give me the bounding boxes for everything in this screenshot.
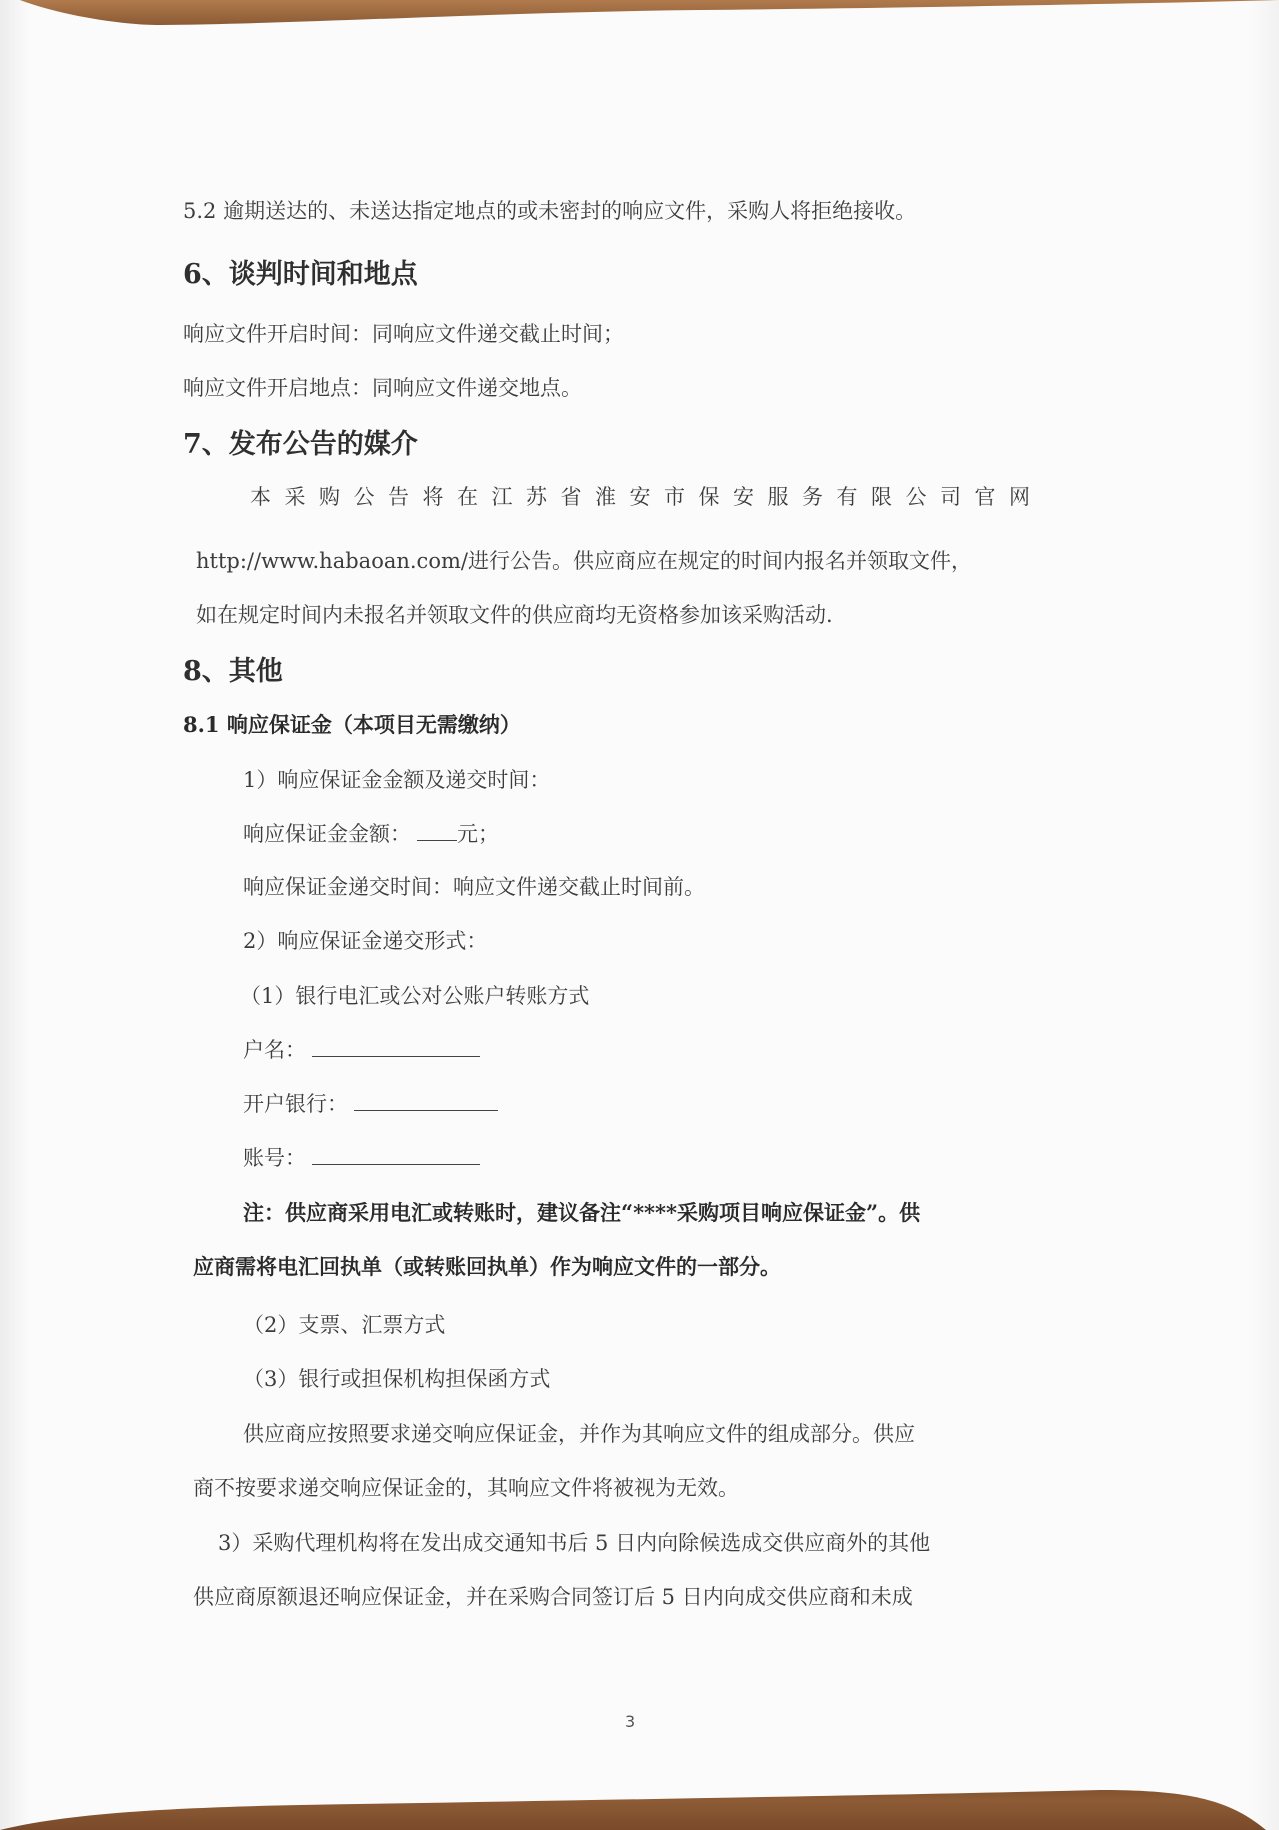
bank-blank (354, 1090, 498, 1111)
clause-8-1-heading: 8.1 响应保证金（本项目无需缴纳） (183, 711, 521, 739)
media-line-3: 如在规定时间内未报名并领取文件的供应商均无资格参加该采购活动. (196, 601, 833, 629)
requirement-line-1: 供应商应按照要求递交响应保证金，并作为其响应文件的组成部分。供应 (243, 1420, 915, 1448)
account-number-label: 账号： (243, 1146, 306, 1170)
document-content: 5.2 逾期送达的、未送达指定地点的或未密封的响应文件，采购人将拒绝接收。 6、… (0, 0, 1279, 1830)
opening-time: 响应文件开启时间：同响应文件递交截止时间； (183, 320, 624, 348)
media-line-2: http://www.habaoan.com/进行公告。供应商应在规定的时间内报… (196, 547, 972, 575)
section-7-heading: 7、发布公告的媒介 (183, 428, 418, 462)
note-line-1: 注：供应商采用电汇或转账时，建议备注“****采购项目响应保证金”。供 (243, 1199, 920, 1227)
section-8-heading: 8、其他 (183, 655, 283, 689)
account-name-row: 户名： (243, 1036, 480, 1064)
deposit-submit-time: 响应保证金递交时间：响应文件递交截止时间前。 (243, 873, 705, 901)
method-2: （2）支票、汇票方式 (243, 1311, 445, 1339)
deposit-amount-unit: 元； (457, 822, 499, 846)
item-1: 1）响应保证金金额及递交时间： (243, 766, 550, 794)
account-number-blank (312, 1144, 480, 1165)
deposit-amount-label: 响应保证金金额： (243, 822, 411, 846)
deposit-amount-blank (417, 820, 457, 841)
method-3: （3）银行或担保机构担保函方式 (243, 1365, 550, 1393)
section-6-heading: 6、谈判时间和地点 (183, 258, 418, 292)
item-3-line-1: 3）采购代理机构将在发出成交通知书后 5 日内向除候选成交供应商外的其他 (218, 1529, 930, 1557)
bank-label: 开户银行： (243, 1092, 348, 1116)
opening-place: 响应文件开启地点：同响应文件递交地点。 (183, 374, 582, 402)
note-line-2: 应商需将电汇回执单（或转账回执单）作为响应文件的一部分。 (193, 1253, 781, 1281)
page-number: 3 (625, 1712, 635, 1731)
media-line-1: 本采购公告将在江苏省淮安市保安服务有限公司官网 (250, 483, 1044, 511)
requirement-line-2: 商不按要求递交响应保证金的，其响应文件将被视为无效。 (193, 1474, 739, 1502)
account-name-blank (312, 1036, 480, 1057)
bank-row: 开户银行： (243, 1090, 498, 1118)
method-1: （1）银行电汇或公对公账户转账方式 (240, 982, 589, 1010)
account-number-row: 账号： (243, 1144, 480, 1172)
item-2: 2）响应保证金递交形式： (243, 927, 487, 955)
deposit-amount-row: 响应保证金金额：元； (243, 820, 499, 848)
item-3-line-2: 供应商原额退还响应保证金，并在采购合同签订后 5 日内向成交供应商和未成 (193, 1583, 913, 1611)
account-name-label: 户名： (243, 1038, 306, 1062)
clause-5-2: 5.2 逾期送达的、未送达指定地点的或未密封的响应文件，采购人将拒绝接收。 (183, 197, 916, 225)
